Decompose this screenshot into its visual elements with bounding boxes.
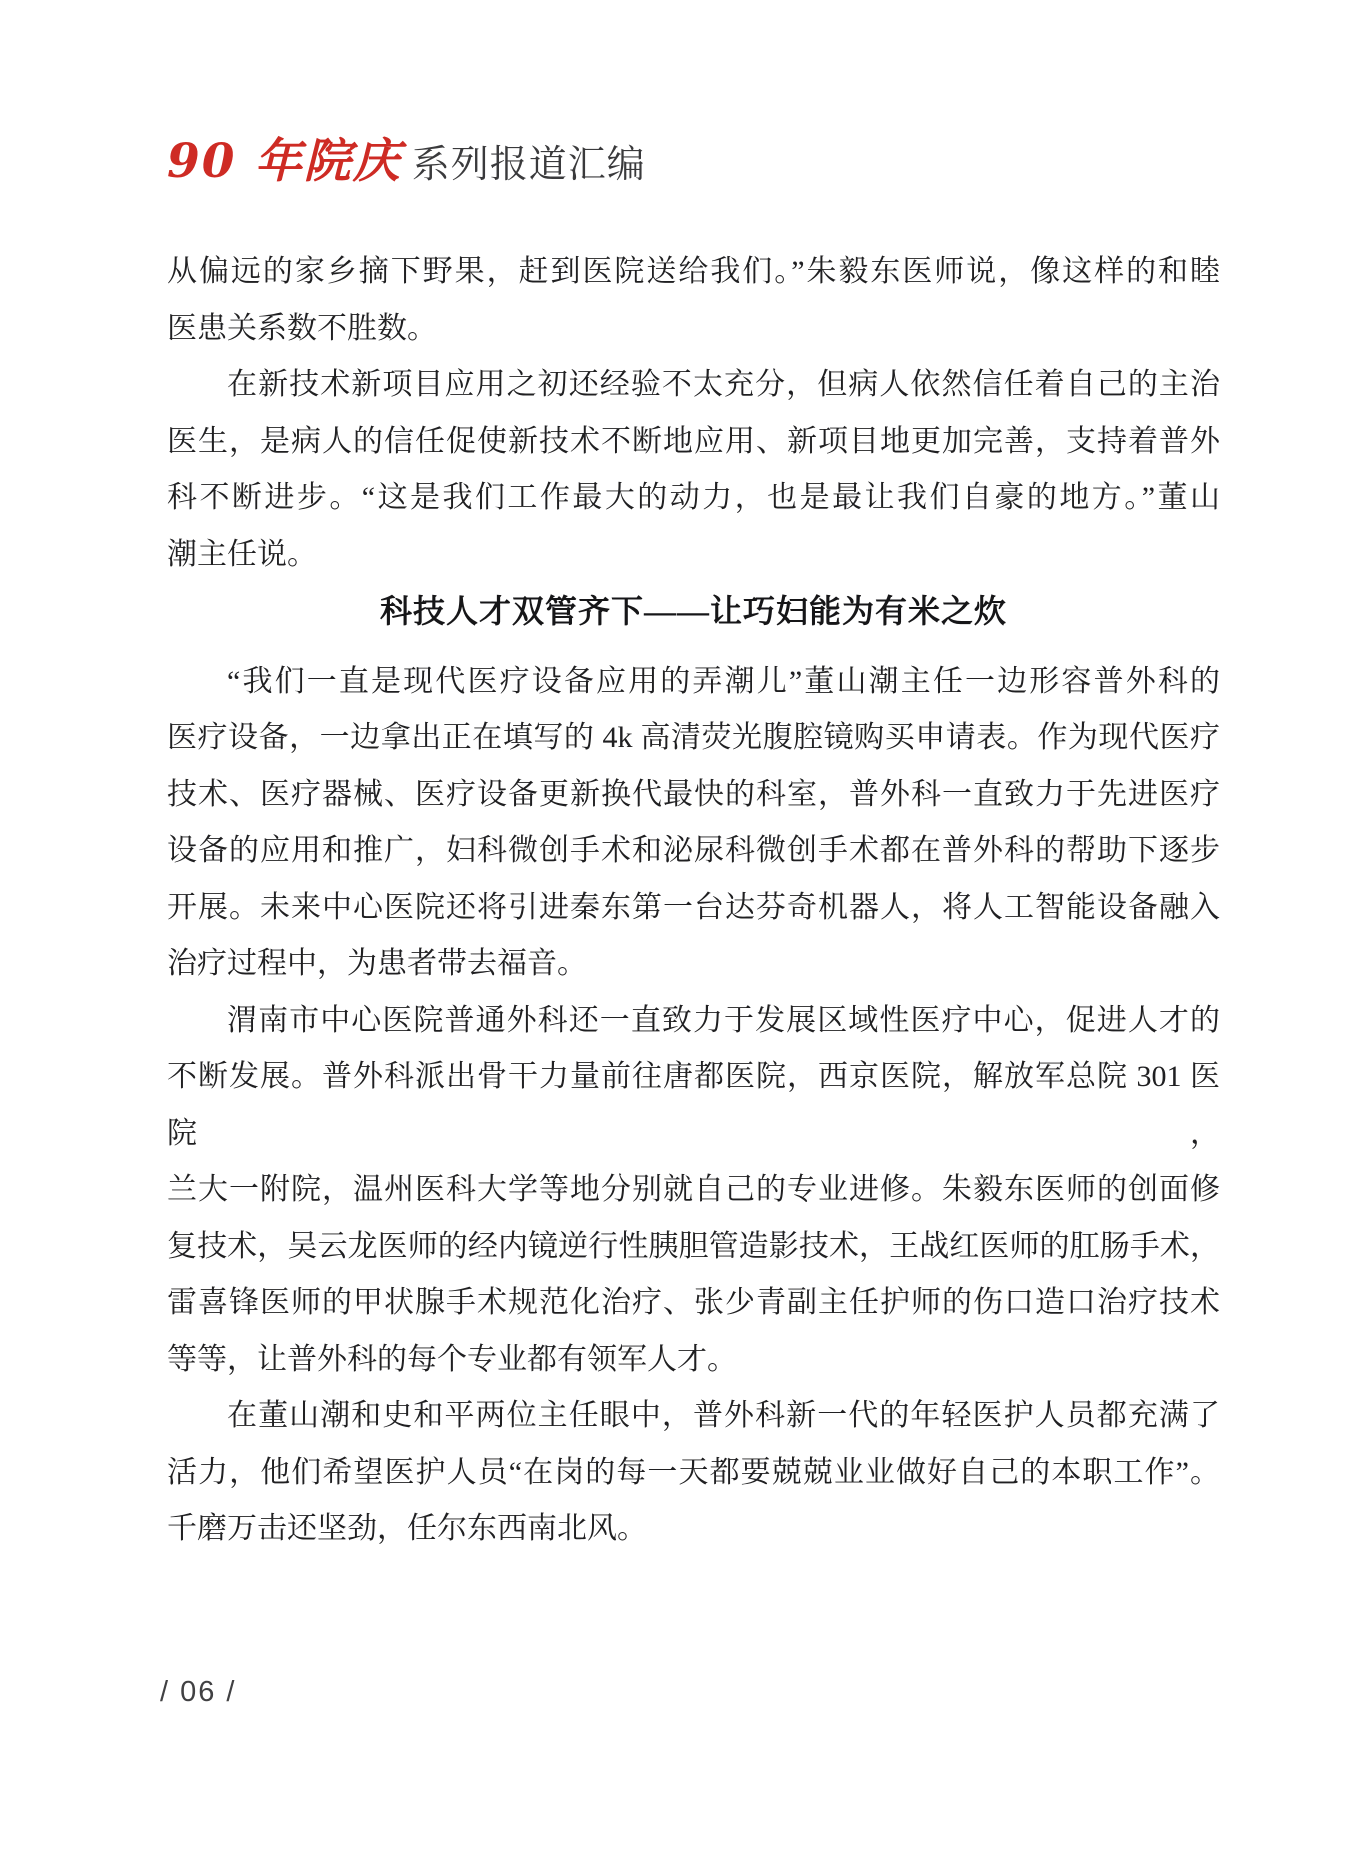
running-head-anniversary-title: 90 年院庆 — [167, 138, 402, 185]
text-line: 医生，是病人的信任促使新技术不断地应用、新项目地更加完善，支持着普外 — [167, 414, 1220, 471]
text-line: 雷喜锋医师的甲状腺手术规范化治疗、张少青副主任护师的伤口造口治疗技术 — [167, 1275, 1220, 1332]
text-line: 千磨万击还坚劲，任尔东西南北风。 — [167, 1501, 1220, 1558]
text-line: 科不断进步。“这是我们工作最大的动力，也是最让我们自豪的地方。”董山 — [167, 470, 1220, 527]
text-line: 技术、医疗器械、医疗设备更新换代最快的科室，普外科一直致力于先进医疗 — [167, 767, 1220, 824]
text-line: 开展。未来中心医院还将引进秦东第一台达芬奇机器人，将人工智能设备融入 — [167, 880, 1220, 937]
text-line: 在董山潮和史和平两位主任眼中，普外科新一代的年轻医护人员都充满了 — [167, 1388, 1220, 1445]
text-line: 潮主任说。 — [167, 527, 1220, 584]
paragraph: 从偏远的家乡摘下野果，赶到医院送给我们。”朱毅东医师说，像这样的和睦医患关系数不… — [167, 244, 1220, 357]
document-body: 从偏远的家乡摘下野果，赶到医院送给我们。”朱毅东医师说，像这样的和睦医患关系数不… — [167, 244, 1220, 1558]
paragraph: 在新技术新项目应用之初还经验不太充分，但病人依然信任着自己的主治医生，是病人的信… — [167, 357, 1220, 583]
section-heading: 科技人才双管齐下——让巧妇能为有米之炊 — [167, 583, 1220, 640]
document-page: 90 年院庆 系列报道汇编 从偏远的家乡摘下野果，赶到医院送给我们。”朱毅东医师… — [0, 0, 1362, 1858]
text-line: 设备的应用和推广，妇科微创手术和泌尿科微创手术都在普外科的帮助下逐步 — [167, 823, 1220, 880]
paragraph: “我们一直是现代医疗设备应用的弄潮儿”董山潮主任一边形容普外科的医疗设备，一边拿… — [167, 654, 1220, 993]
paragraph: 在董山潮和史和平两位主任眼中，普外科新一代的年轻医护人员都充满了活力，他们希望医… — [167, 1388, 1220, 1558]
text-line: 在新技术新项目应用之初还经验不太充分，但病人依然信任着自己的主治 — [167, 357, 1220, 414]
text-line: 渭南市中心医院普通外科还一直致力于发展区域性医疗中心，促进人才的 — [167, 993, 1220, 1050]
text-line: 从偏远的家乡摘下野果，赶到医院送给我们。”朱毅东医师说，像这样的和睦 — [167, 244, 1220, 301]
running-head-series-title: 系列报道汇编 — [412, 146, 646, 184]
text-line: 活力，他们希望医护人员“在岗的每一天都要兢兢业业做好自己的本职工作”。 — [167, 1445, 1220, 1502]
text-line: 医疗设备，一边拿出正在填写的 4k 高清荧光腹腔镜购买申请表。作为现代医疗 — [167, 710, 1220, 767]
text-line: 兰大一附院，温州医科大学等地分别就自己的专业进修。朱毅东医师的创面修 — [167, 1162, 1220, 1219]
page-number: / 06 / — [160, 1678, 237, 1707]
running-head: 90 年院庆 系列报道汇编 — [167, 138, 646, 185]
text-line: 复技术，吴云龙医师的经内镜逆行性胰胆管造影技术，王战红医师的肛肠手术， — [167, 1219, 1220, 1276]
text-line: 不断发展。普外科派出骨干力量前往唐都医院，西京医院，解放军总院 301 医院， — [167, 1049, 1220, 1162]
text-line: 医患关系数不胜数。 — [167, 301, 1220, 358]
paragraph: 渭南市中心医院普通外科还一直致力于发展区域性医疗中心，促进人才的不断发展。普外科… — [167, 993, 1220, 1389]
text-line: 治疗过程中，为患者带去福音。 — [167, 936, 1220, 993]
text-line: 等等，让普外科的每个专业都有领军人才。 — [167, 1332, 1220, 1389]
text-line: “我们一直是现代医疗设备应用的弄潮儿”董山潮主任一边形容普外科的 — [167, 654, 1220, 711]
